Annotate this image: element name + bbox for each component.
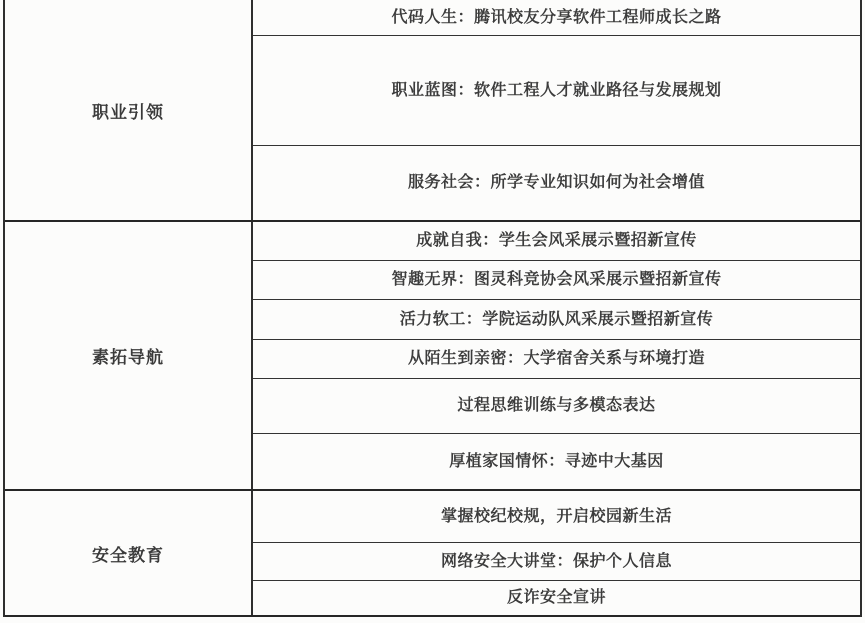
table-row: 服务社会：所学专业知识如何为社会增值 — [253, 146, 860, 220]
category-label: 素拓导航 — [92, 343, 164, 368]
category-cell-safety: 安全教育 — [5, 491, 253, 615]
row-label: 服务社会：所学专业知识如何为社会增值 — [408, 173, 705, 192]
category-cell-career: 职业引领 — [5, 0, 253, 220]
table-section-career: 职业引领 代码人生：腾讯校友分享软件工程师成长之路 职业蓝图：软件工程人才就业路… — [5, 0, 860, 222]
table-section-quality: 素拓导航 成就自我：学生会风采展示暨招新宣传 智趣无界：图灵科竞协会风采展示暨招… — [5, 222, 860, 491]
table-row: 从陌生到亲密：大学宿舍关系与环境打造 — [253, 340, 860, 379]
row-label: 厚植家国情怀：寻迹中大基因 — [449, 452, 664, 471]
document-page: 职业引领 代码人生：腾讯校友分享软件工程师成长之路 职业蓝图：软件工程人才就业路… — [0, 0, 865, 623]
table-row: 智趣无界：图灵科竞协会风采展示暨招新宣传 — [253, 261, 860, 300]
row-label: 活力软工：学院运动队风采展示暨招新宣传 — [400, 310, 714, 329]
category-label: 职业引领 — [92, 98, 164, 123]
row-label: 网络安全大讲堂：保护个人信息 — [441, 552, 672, 571]
table-row: 厚植家国情怀：寻迹中大基因 — [253, 434, 860, 489]
row-label: 职业蓝图：软件工程人才就业路径与发展规划 — [391, 81, 721, 100]
table-row: 职业蓝图：软件工程人才就业路径与发展规划 — [253, 36, 860, 146]
items-column: 成就自我：学生会风采展示暨招新宣传 智趣无界：图灵科竞协会风采展示暨招新宣传 活… — [253, 222, 860, 489]
table-row: 网络安全大讲堂：保护个人信息 — [253, 543, 860, 581]
category-cell-quality: 素拓导航 — [5, 222, 253, 489]
table-row: 过程思维训练与多模态表达 — [253, 379, 860, 434]
items-column: 代码人生：腾讯校友分享软件工程师成长之路 职业蓝图：软件工程人才就业路径与发展规… — [253, 0, 860, 220]
table-section-safety: 安全教育 掌握校纪校规，开启校园新生活 网络安全大讲堂：保护个人信息 反诈安全宣… — [5, 491, 860, 617]
row-label: 智趣无界：图灵科竞协会风采展示暨招新宣传 — [391, 270, 721, 289]
category-label: 安全教育 — [92, 541, 164, 566]
row-label: 从陌生到亲密：大学宿舍关系与环境打造 — [408, 349, 705, 368]
row-label: 过程思维训练与多模态表达 — [457, 396, 655, 415]
items-column: 掌握校纪校规，开启校园新生活 网络安全大讲堂：保护个人信息 反诈安全宣讲 — [253, 491, 860, 615]
table-row: 掌握校纪校规，开启校园新生活 — [253, 491, 860, 543]
row-label: 成就自我：学生会风采展示暨招新宣传 — [416, 231, 697, 250]
row-label: 掌握校纪校规，开启校园新生活 — [441, 507, 672, 526]
row-label: 反诈安全宣讲 — [507, 588, 606, 607]
table-row: 反诈安全宣讲 — [253, 581, 860, 615]
activity-schedule-table: 职业引领 代码人生：腾讯校友分享软件工程师成长之路 职业蓝图：软件工程人才就业路… — [3, 0, 862, 617]
table-row: 活力软工：学院运动队风采展示暨招新宣传 — [253, 300, 860, 340]
table-row: 代码人生：腾讯校友分享软件工程师成长之路 — [253, 0, 860, 36]
row-label: 代码人生：腾讯校友分享软件工程师成长之路 — [391, 8, 721, 27]
table-row: 成就自我：学生会风采展示暨招新宣传 — [253, 222, 860, 261]
